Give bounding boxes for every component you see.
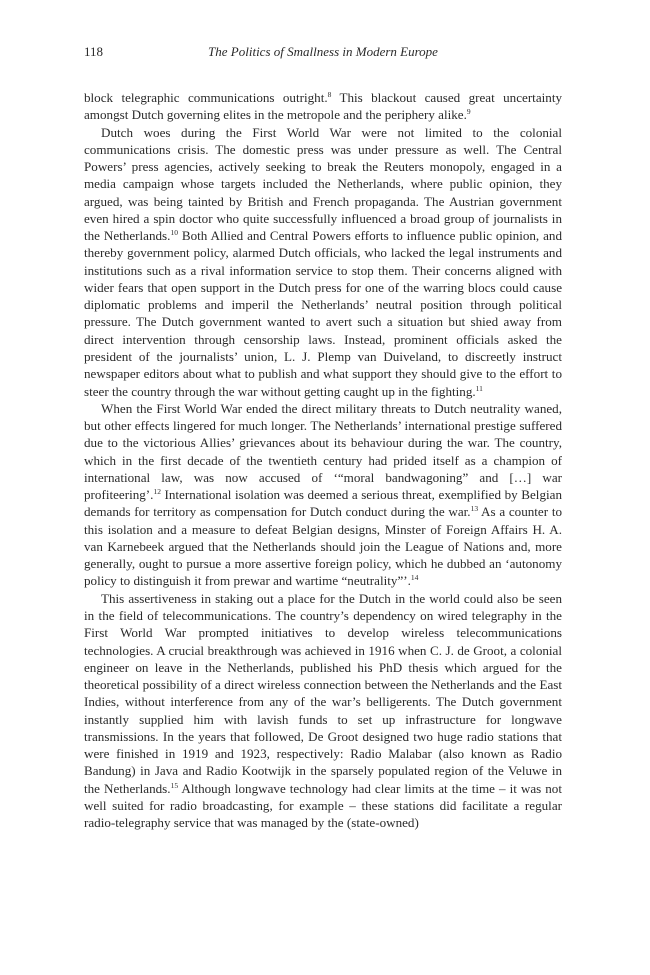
text-run: Both Allied and Central Powers efforts t…: [84, 228, 562, 398]
footnote-ref: 10: [170, 228, 178, 237]
running-title: The Politics of Smallness in Modern Euro…: [84, 44, 562, 60]
footnote-ref: 12: [153, 487, 161, 496]
paragraph: This assertiveness in staking out a plac…: [84, 590, 562, 832]
text-run: This assertiveness in staking out a plac…: [84, 591, 562, 796]
paragraph: When the First World War ended the direc…: [84, 400, 562, 590]
footnote-ref: 15: [171, 781, 179, 790]
text-run: block telegraphic communications outrigh…: [84, 90, 328, 105]
footnote-ref: 14: [411, 573, 419, 582]
footnote-ref: 11: [476, 384, 483, 393]
paragraph: Dutch woes during the First World War we…: [84, 124, 562, 400]
body-text: block telegraphic communications outrigh…: [84, 89, 562, 831]
paragraph: block telegraphic communications outrigh…: [84, 89, 562, 124]
running-header: 118 The Politics of Smallness in Modern …: [84, 44, 562, 64]
footnote-ref: 9: [467, 107, 471, 116]
footnote-ref: 13: [471, 504, 479, 513]
text-run: Dutch woes during the First World War we…: [84, 125, 562, 244]
